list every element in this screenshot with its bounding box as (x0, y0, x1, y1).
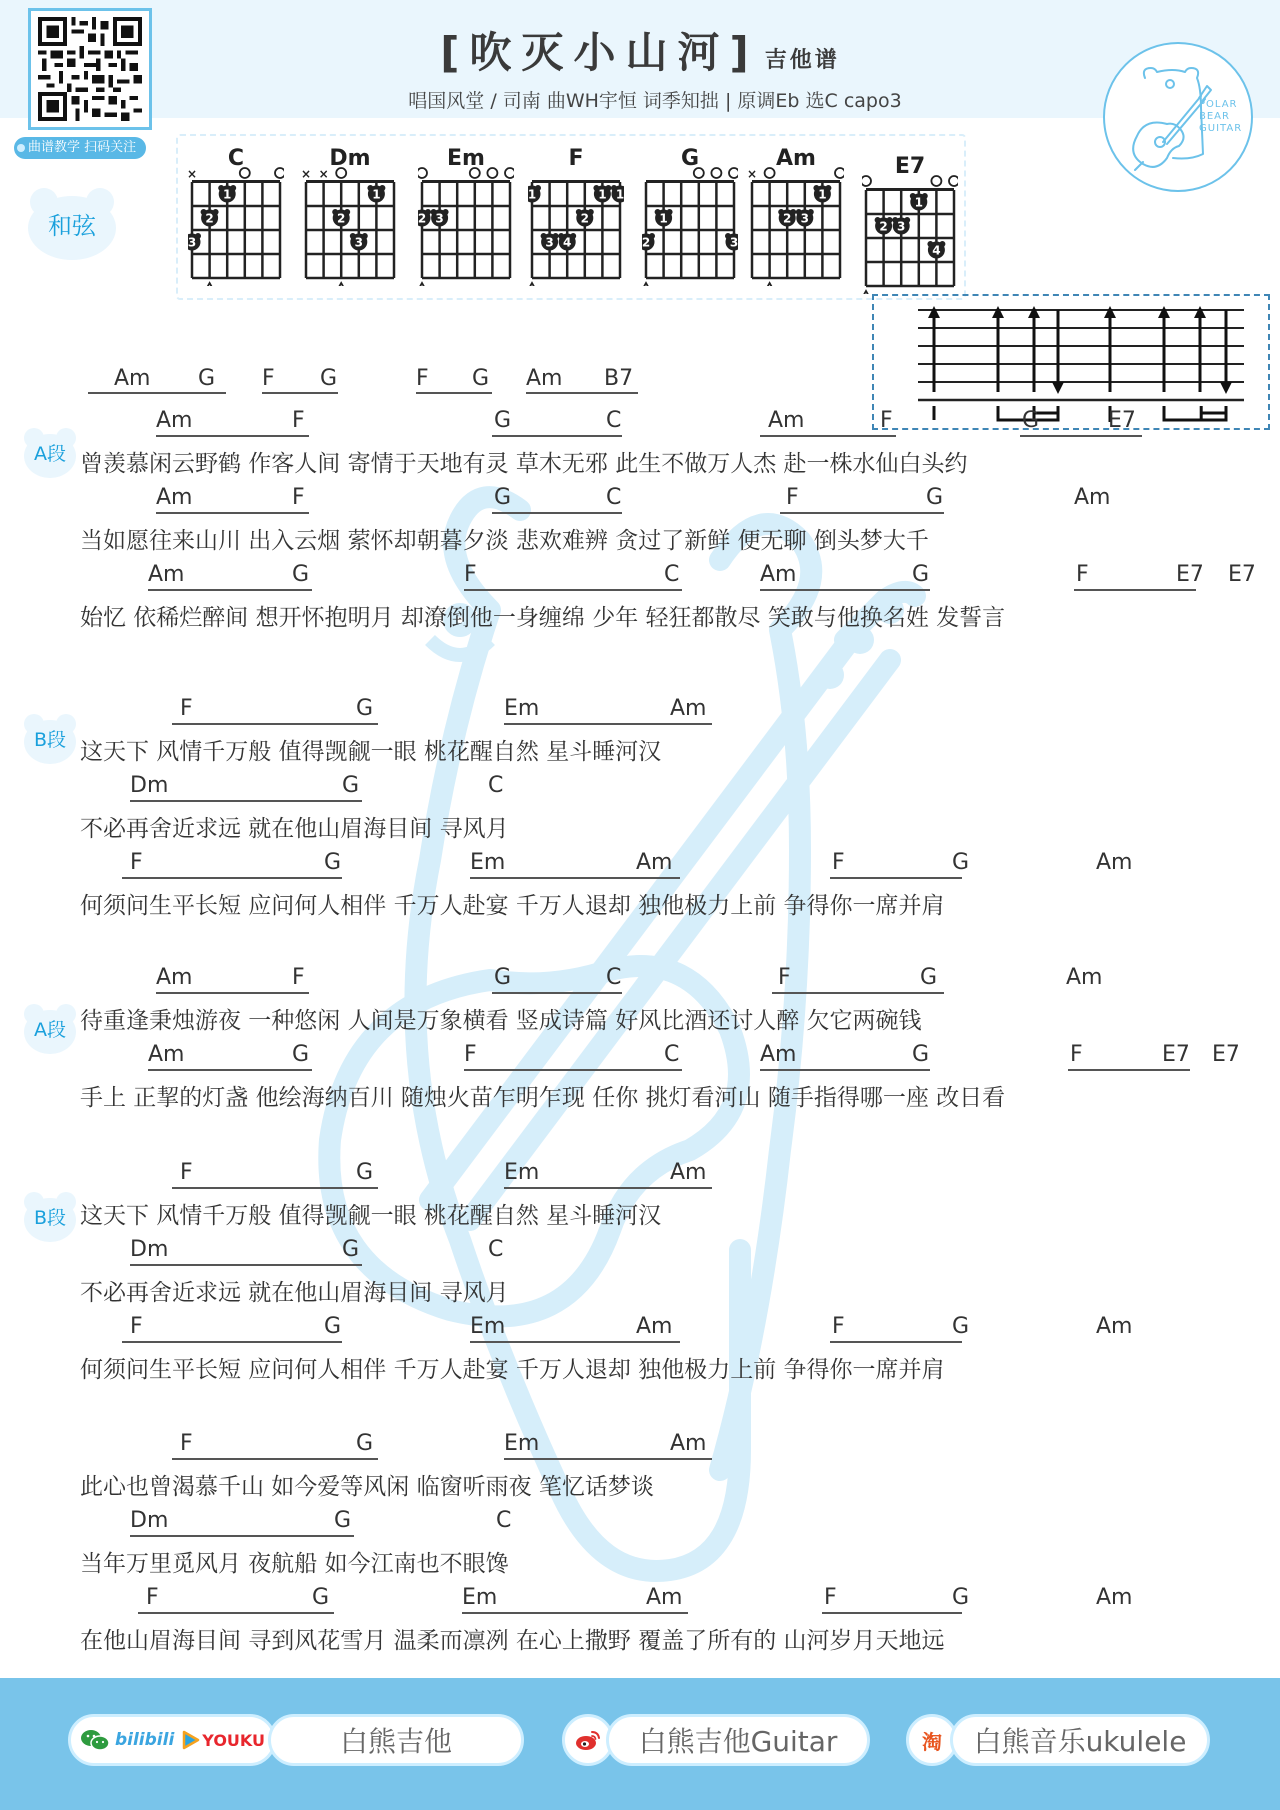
chord-symbol: Am (156, 408, 192, 433)
chord-symbol: G (912, 1042, 929, 1067)
chord-symbol: E7 (1212, 1042, 1240, 1067)
chord-symbol: F (824, 1585, 837, 1610)
svg-text:4: 4 (563, 236, 571, 250)
section-badge: A段 (22, 1002, 78, 1054)
chord-underline (492, 992, 622, 994)
svg-text:2: 2 (879, 220, 887, 234)
chord-underline (172, 1458, 378, 1460)
chord-underline (760, 435, 896, 437)
chord-symbol: C (606, 485, 621, 510)
lyric-line: 何须问生平长短 应问何人相伴 千万人赴宴 千万人退却 独他极力上前 争得你一席并… (80, 887, 945, 920)
svg-text:4: 4 (932, 244, 940, 258)
section-badge: B段 (22, 712, 78, 764)
chord-diagram-e7: E71234 (862, 154, 958, 294)
chord-symbol: G (494, 965, 511, 990)
chord-symbol: E7 (1176, 562, 1204, 587)
svg-text:3: 3 (188, 236, 196, 250)
strum-pattern-panel (872, 294, 1270, 430)
svg-text:1: 1 (372, 188, 380, 202)
chord-symbol: Am (148, 1042, 184, 1067)
chord-symbol: F (146, 1585, 159, 1610)
chord-symbol: Em (462, 1585, 497, 1610)
chord-underline (526, 392, 638, 394)
chord-symbol: Dm (130, 773, 168, 798)
chord-diagram-em: Em23 (418, 146, 514, 286)
chord-underline (830, 1341, 962, 1343)
chord-underline (148, 1069, 312, 1071)
chord-symbol: Am (1074, 485, 1110, 510)
taobao-icon: 淘 (922, 1726, 942, 1755)
chord-underline (122, 877, 342, 879)
chord-symbol: F (832, 1314, 845, 1339)
svg-text:1: 1 (616, 188, 624, 202)
svg-text:×: × (319, 167, 329, 181)
chord-symbol: F (880, 408, 893, 433)
chords-label: 和弦 (26, 186, 118, 260)
chord-symbol: C (488, 773, 503, 798)
intro-chord: F (262, 366, 275, 391)
chord-symbol: Am (670, 696, 706, 721)
chord-symbol: G (356, 1160, 373, 1185)
chord-underline (130, 1264, 362, 1266)
chord-symbol: G (292, 562, 309, 587)
svg-text:2: 2 (783, 212, 791, 226)
chord-grid-icon: ××123 (302, 146, 398, 286)
chord-symbol: Am (646, 1585, 682, 1610)
chord-symbol: E7 (1228, 562, 1256, 587)
chord-diagram-dm: Dm××123 (302, 146, 398, 286)
chord-symbol: Am (760, 1042, 796, 1067)
chord-underline (504, 723, 712, 725)
chord-symbol: G (324, 1314, 341, 1339)
chord-symbol: C (664, 1042, 679, 1067)
lyric-line: 曾羡慕闲云野鹤 作客人间 寄情于天地有灵 草木无邪 此生不做万人杰 赴一株水仙白… (80, 445, 968, 478)
chord-symbol: F (292, 965, 305, 990)
svg-text:×: × (302, 167, 311, 181)
section-label: B段 (22, 1190, 78, 1242)
chord-symbol: G (1022, 408, 1039, 433)
chord-symbol: C (496, 1508, 511, 1533)
chord-symbol: G (356, 696, 373, 721)
chord-underline (772, 992, 944, 994)
chord-symbol: F (180, 1160, 193, 1185)
svg-text:2: 2 (642, 236, 650, 250)
chord-grid-icon: ×123 (748, 146, 844, 286)
svg-text:1: 1 (915, 196, 923, 210)
page-title: [吹灭小山河]吉他谱 (0, 20, 1280, 80)
chord-symbol: Am (636, 1314, 672, 1339)
svg-text:1: 1 (223, 188, 231, 202)
chord-symbol: G (356, 1431, 373, 1456)
chord-underline (122, 1341, 342, 1343)
chord-symbol: E7 (1162, 1042, 1190, 1067)
chord-symbol: F (180, 696, 193, 721)
chord-symbol: Am (1096, 850, 1132, 875)
chord-underline (1074, 589, 1196, 591)
chord-symbol: Am (148, 562, 184, 587)
chord-grid-icon: 111234 (528, 146, 624, 286)
song-title: [吹灭小山河] (440, 28, 758, 77)
chord-symbol: F (292, 485, 305, 510)
chord-underline (130, 800, 362, 802)
chord-symbol: C (606, 965, 621, 990)
intro-chord: F (416, 366, 429, 391)
chord-symbol: Dm (130, 1508, 168, 1533)
chord-diagram-g: G123 (642, 146, 738, 286)
song-credits: 唱国风堂 / 司南 曲WH宇恒 词季知拙 | 原调Eb 选C capo3 (0, 86, 1280, 113)
intro-chord: G (320, 366, 337, 391)
chord-symbol: Am (670, 1160, 706, 1185)
youku-icon: YOUKU (202, 1731, 265, 1750)
chord-diagram-f: F111234 (528, 146, 624, 286)
chord-grid-icon: ×123 (188, 146, 284, 286)
chord-symbol: F (832, 850, 845, 875)
chord-underline (130, 1535, 354, 1537)
lyric-line: 不必再舍近求远 就在他山眉海目间 寻风月 (80, 1274, 509, 1307)
chord-symbol: F (464, 1042, 477, 1067)
chord-symbol: G (952, 1585, 969, 1610)
weibo-icon (574, 1728, 602, 1752)
lyric-line: 手上 正挈的灯盏 他绘海纳百川 随烛火苗乍明乍现 任你 挑灯看河山 随手指得哪一… (80, 1079, 1005, 1112)
intro-chord: B7 (604, 366, 633, 391)
title-suffix: 吉他谱 (765, 48, 840, 73)
chord-symbol: Am (1096, 1585, 1132, 1610)
chord-symbol: E7 (1108, 408, 1136, 433)
bilibili-icon: bilibili (115, 1730, 174, 1750)
lyric-line: 这天下 风情千万般 值得觊觎一眼 桃花醒自然 星斗睡河汉 (80, 733, 661, 766)
footer: bilibili YOUKU 白熊吉他 白熊吉他Guitar 淘 白熊音乐uku… (0, 1678, 1280, 1810)
footer-link-bilibili-account[interactable]: 白熊吉他 (268, 1714, 524, 1766)
chord-symbol: F (778, 965, 791, 990)
lyric-line: 不必再舍近求远 就在他山眉海目间 寻风月 (80, 810, 509, 843)
section-badge: A段 (22, 426, 78, 478)
chord-underline (504, 1458, 712, 1460)
chord-underline (148, 589, 312, 591)
section-label: B段 (22, 712, 78, 764)
svg-text:1: 1 (528, 188, 536, 202)
chord-symbol: Dm (130, 1237, 168, 1262)
chord-symbol: Em (470, 1314, 505, 1339)
chord-symbol: Em (504, 696, 539, 721)
chord-symbol: Am (636, 850, 672, 875)
lyric-line: 当如愿往来山川 出入云烟 萦怀却朝暮夕淡 悲欢难辨 贪过了新鲜 便无聊 倒头梦大… (80, 522, 929, 555)
chord-symbol: G (334, 1508, 351, 1533)
bear-watermark-icon (290, 480, 1010, 1610)
chord-symbol: F (180, 1431, 193, 1456)
footer-link-weibo-account[interactable]: 白熊吉他Guitar (606, 1714, 870, 1766)
chord-symbol: Em (504, 1431, 539, 1456)
svg-text:2: 2 (205, 212, 213, 226)
chord-symbol: C (606, 408, 621, 433)
chord-symbol: F (130, 1314, 143, 1339)
svg-text:2: 2 (337, 212, 345, 226)
svg-text:3: 3 (730, 236, 738, 250)
chord-symbol: G (342, 1237, 359, 1262)
chord-underline (464, 589, 682, 591)
chord-underline (492, 435, 622, 437)
chord-underline (156, 992, 309, 994)
chord-diagram-am: Am×123 (748, 146, 844, 286)
chord-underline (172, 723, 378, 725)
chord-symbol: Am (156, 965, 192, 990)
svg-text:1: 1 (659, 212, 667, 226)
lyric-line: 始忆 依稀烂醉间 想开怀抱明月 却潦倒他一身缠绵 少年 轻狂都散尽 笑敢与他换名… (80, 599, 1005, 632)
chord-symbol: F (130, 850, 143, 875)
chord-underline (416, 392, 492, 394)
chord-underline (1020, 435, 1142, 437)
chord-underline (464, 1069, 682, 1071)
lyric-line: 待重逢秉烛游夜 一种悠闲 人间是万象横看 竖成诗篇 好风比酒还讨人醉 欠它两碗钱 (80, 1002, 922, 1035)
chord-symbol: F (1076, 562, 1089, 587)
svg-text:3: 3 (897, 220, 905, 234)
chord-symbol: G (952, 1314, 969, 1339)
chord-symbol: Am (670, 1431, 706, 1456)
youku-play-icon (182, 1730, 200, 1750)
lyric-line: 何须问生平长短 应问何人相伴 千万人赴宴 千万人退却 独他极力上前 争得你一席并… (80, 1351, 945, 1384)
chord-symbol: Em (504, 1160, 539, 1185)
polar-bear-guitar-logo: POLAR BEAR GUITAR (1103, 42, 1253, 192)
qr-caption: 曲谱教学 扫码关注 (14, 137, 146, 159)
chord-underline (462, 1612, 688, 1614)
chord-symbol: Am (1096, 1314, 1132, 1339)
chord-symbol: G (926, 485, 943, 510)
lyric-line: 当年万里觅风月 夜航船 如今江南也不眼馋 (80, 1545, 509, 1578)
chord-symbol: G (312, 1585, 329, 1610)
chord-underline (262, 392, 338, 394)
chord-symbol: G (342, 773, 359, 798)
chord-underline (156, 435, 309, 437)
chord-symbol: C (488, 1237, 503, 1262)
lyric-line: 这天下 风情千万般 值得觊觎一眼 桃花醒自然 星斗睡河汉 (80, 1197, 661, 1230)
chord-symbol: F (292, 408, 305, 433)
chord-symbol: F (464, 562, 477, 587)
chord-symbol: G (494, 485, 511, 510)
chord-underline (780, 512, 944, 514)
chord-symbol: Em (470, 850, 505, 875)
chord-diagram-c: C×123 (188, 146, 284, 286)
chord-symbol: Am (760, 562, 796, 587)
chord-underline (830, 877, 962, 879)
chord-symbol: F (786, 485, 799, 510)
chord-underline (822, 1612, 962, 1614)
svg-text:3: 3 (355, 236, 363, 250)
chord-symbol: G (292, 1042, 309, 1067)
section-badge: B段 (22, 1190, 78, 1242)
section-label: A段 (22, 426, 78, 478)
chord-underline (760, 589, 930, 591)
svg-text:2: 2 (581, 212, 589, 226)
video-platforms-pill[interactable]: bilibili YOUKU (68, 1714, 276, 1766)
intro-chord: G (472, 366, 489, 391)
chord-underline (88, 392, 226, 394)
chord-symbol: Am (156, 485, 192, 510)
chord-symbol: G (324, 850, 341, 875)
svg-text:2: 2 (418, 212, 426, 226)
chord-symbol: Am (1066, 965, 1102, 990)
svg-text:1: 1 (818, 188, 826, 202)
section-label: A段 (22, 1002, 78, 1054)
chord-underline (760, 1069, 930, 1071)
intro-chord: Am (114, 366, 150, 391)
chord-symbol: Am (768, 408, 804, 433)
footer-link-taobao-shop[interactable]: 白熊音乐ukulele (950, 1714, 1210, 1766)
chord-underline (470, 877, 680, 879)
chord-symbol: G (494, 408, 511, 433)
svg-text:3: 3 (545, 236, 553, 250)
svg-text:×: × (188, 167, 197, 181)
chord-underline (470, 1341, 680, 1343)
svg-text:3: 3 (435, 212, 443, 226)
chord-underline (138, 1612, 334, 1614)
intro-chord: Am (526, 366, 562, 391)
lyric-line: 在他山眉海目间 寻到风花雪月 温柔而凛冽 在心上撒野 覆盖了所有的 山河岁月天地… (80, 1622, 945, 1655)
wechat-icon (79, 1727, 111, 1753)
logo-text: POLAR BEAR GUITAR (1199, 99, 1242, 135)
svg-text:3: 3 (801, 212, 809, 226)
lyric-line: 此心也曾渴慕千山 如今爱等风闲 临窗听雨夜 笔忆话梦谈 (80, 1468, 654, 1501)
chord-underline (156, 512, 309, 514)
svg-text:1: 1 (598, 188, 606, 202)
intro-chord: G (198, 366, 215, 391)
chord-symbol: G (912, 562, 929, 587)
chords-section-badge: 和弦 (26, 186, 118, 260)
chord-symbol: C (664, 562, 679, 587)
chord-underline (172, 1187, 378, 1189)
chord-symbol: G (920, 965, 937, 990)
chord-underline (1068, 1069, 1190, 1071)
chord-underline (504, 1187, 712, 1189)
chord-underline (492, 512, 622, 514)
chord-grid-icon: 1234 (862, 154, 958, 294)
chord-symbol: G (952, 850, 969, 875)
chord-grid-icon: 123 (642, 146, 738, 286)
chord-symbol: F (1070, 1042, 1083, 1067)
strum-pattern-icon (874, 296, 1268, 428)
svg-text:×: × (748, 167, 757, 181)
chord-grid-icon: 23 (418, 146, 514, 286)
